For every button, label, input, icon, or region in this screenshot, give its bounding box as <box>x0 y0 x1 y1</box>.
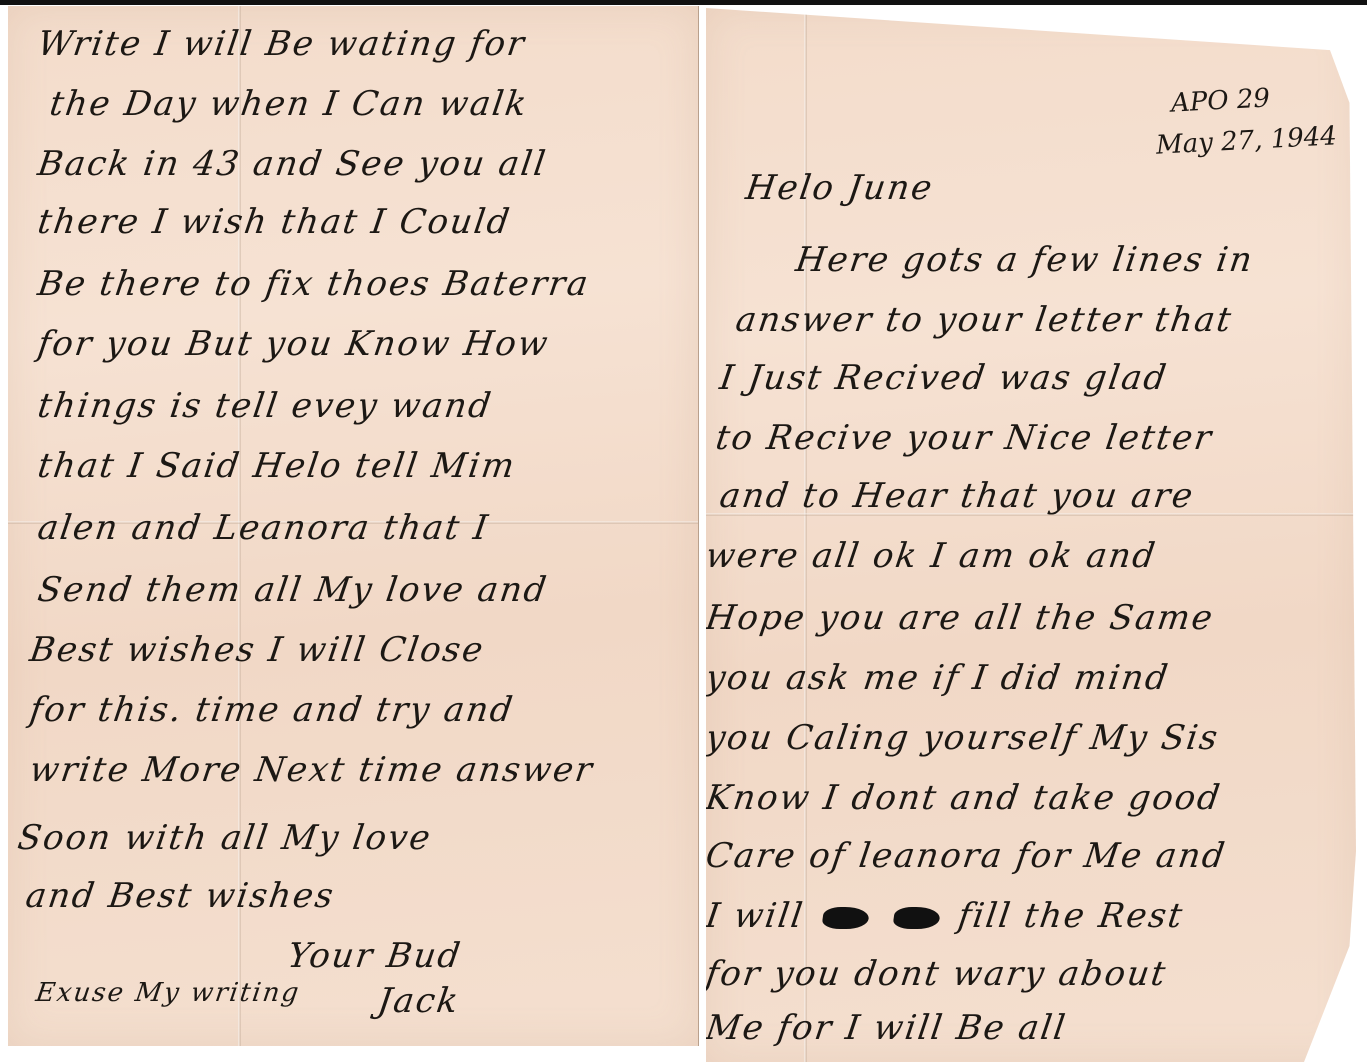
right-line-6: were all ok I am ok and <box>703 536 1159 576</box>
right-line-8: you ask me if I did mind <box>703 658 1172 698</box>
left-line-12: for this. time and try and <box>27 690 517 730</box>
right-line-7: Hope you are all the Same <box>703 598 1217 638</box>
apo-address: APO 29 <box>1170 83 1270 118</box>
left-line-2: the Day when I Can walk <box>47 84 531 124</box>
left-line-5: Be there to fix thoes Baterra <box>35 264 592 304</box>
left-line-8: that I Said Helo tell Mim <box>35 446 518 486</box>
left-line-11: Best wishes I will Close <box>27 630 487 670</box>
left-line-9: alen and Leanora that I <box>35 508 492 548</box>
left-line-1: Write I will Be wating for <box>35 24 528 64</box>
scanner-edge <box>0 0 1367 5</box>
right-line-12: I will fill the Rest <box>703 896 1186 936</box>
right-line-2: answer to your letter that <box>733 300 1235 340</box>
left-line-7: things is tell evey wand <box>35 386 495 426</box>
letter-date: May 27, 1944 <box>1155 121 1337 160</box>
right-line-4: to Recive your Nice letter <box>713 418 1215 458</box>
left-line-4: there I wish that I Could <box>35 202 513 242</box>
left-line-3: Back in 43 and See you all <box>35 144 549 184</box>
right-line-14: Me for I will Be all <box>703 1008 1069 1048</box>
left-line-13: write More Next time answer <box>27 750 596 790</box>
right-line-9: you Caling yourself My Sis <box>703 718 1222 758</box>
left-line-10: Send them all My love and <box>35 570 550 610</box>
ink-scribble <box>892 907 941 929</box>
signature: Jack <box>375 981 462 1021</box>
right-line-5: and to Hear that you are <box>717 476 1197 516</box>
left-line-14: Soon with all My love <box>15 818 434 858</box>
right-line-3: I Just Recived was glad <box>717 358 1170 398</box>
right-line-13: for you dont wary about <box>703 954 1169 994</box>
ink-scribble <box>821 907 870 929</box>
greeting: Helo June <box>743 168 936 208</box>
right-line-11: Care of leanora for Me and <box>703 836 1229 876</box>
postscript: Exuse My writing <box>34 978 302 1008</box>
left-line-15: and Best wishes <box>23 876 337 916</box>
right-page: APO 29 May 27, 1944 Helo June Here gots … <box>706 8 1356 1062</box>
right-line-12-start: I will <box>703 896 807 936</box>
right-line-10: Know I dont and take good <box>703 778 1224 818</box>
closing: Your Bud <box>285 936 464 976</box>
right-line-1: Here gots a few lines in <box>793 240 1256 280</box>
letter-scan: Write I will Be wating for the Day when … <box>0 0 1367 1062</box>
right-line-12-end: fill the Rest <box>956 896 1187 936</box>
left-line-6: for you But you Know How <box>35 324 552 364</box>
left-page: Write I will Be wating for the Day when … <box>8 6 699 1046</box>
